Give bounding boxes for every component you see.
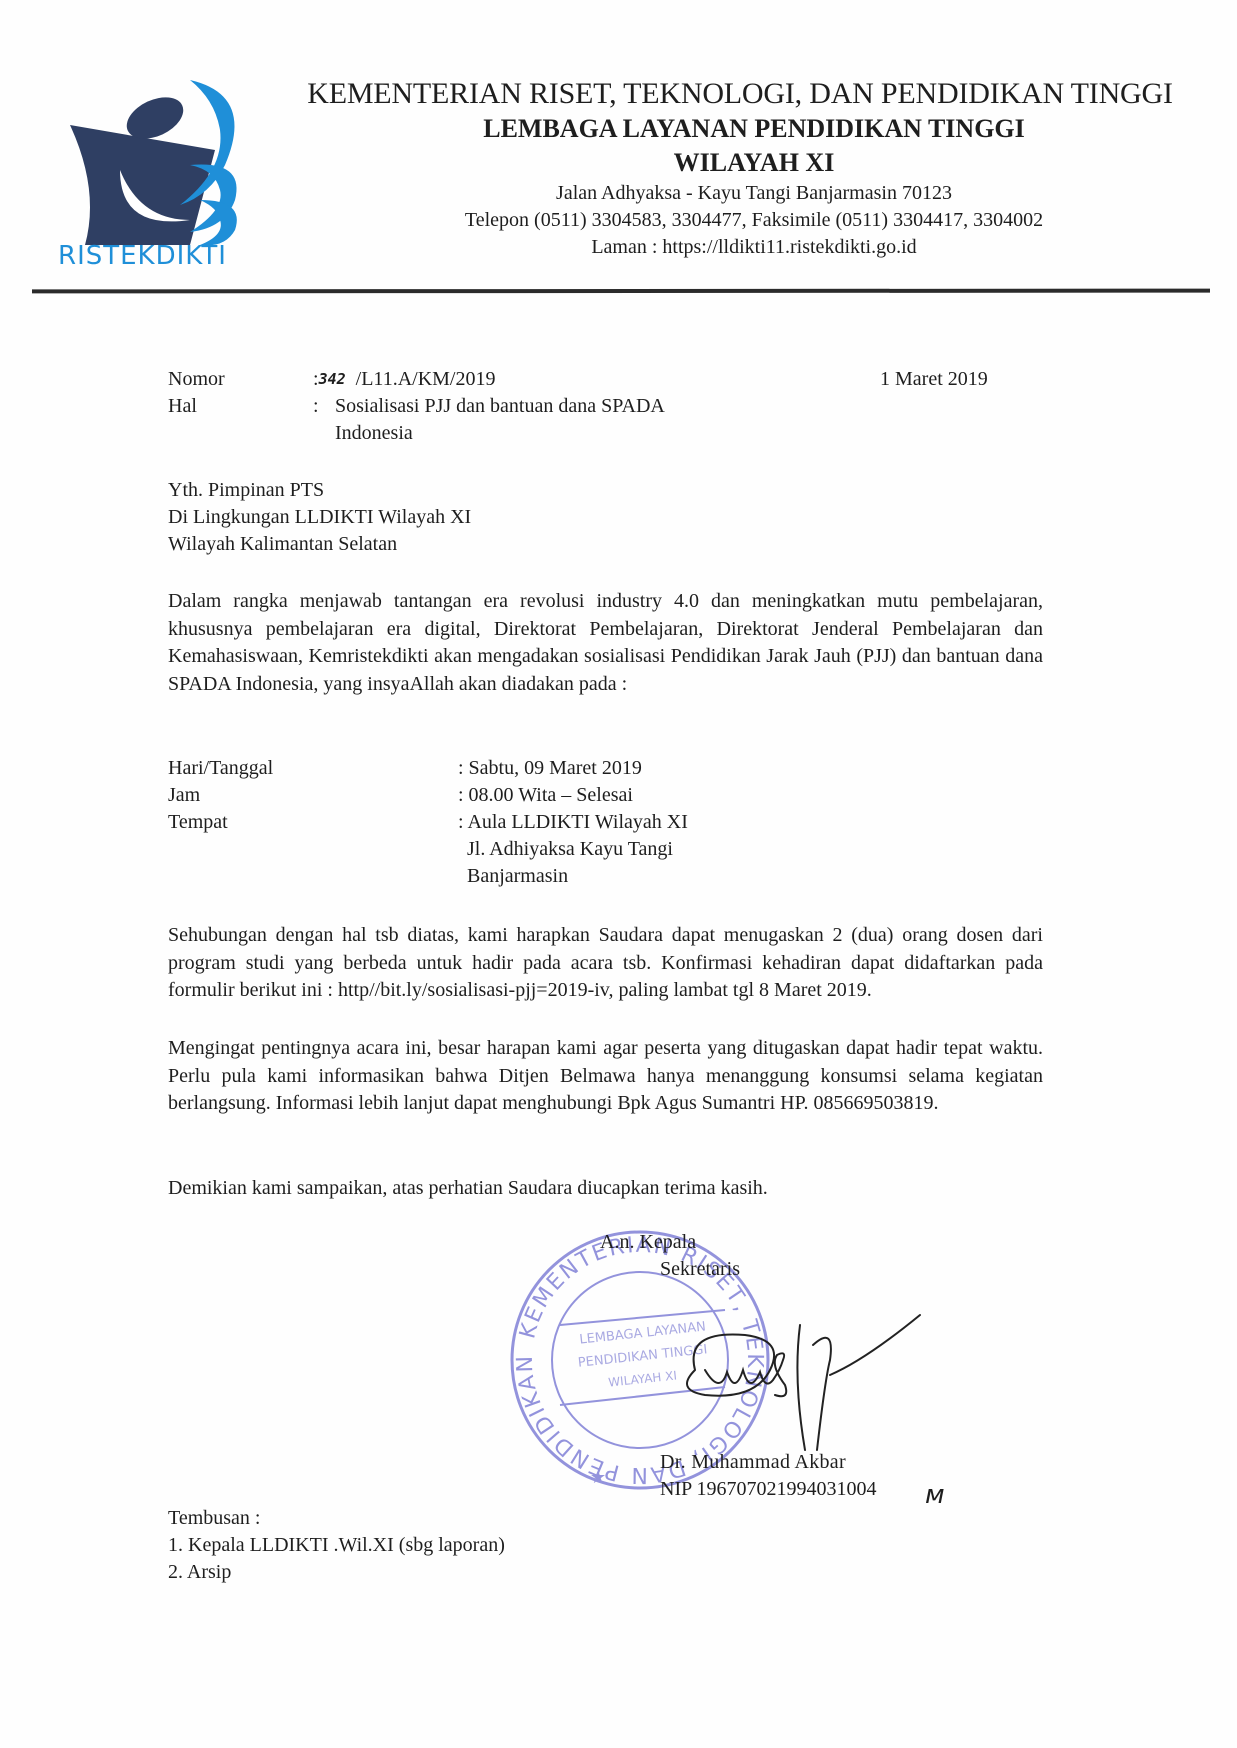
letter-number-row: Nomor : 342 /L11.A/KM/2019 xyxy=(168,366,665,393)
venue-address-line: Jl. Adhiyaksa Kayu Tangi xyxy=(458,836,673,863)
on-behalf-label: A.n. Kepala xyxy=(600,1229,740,1256)
svg-text:★: ★ xyxy=(590,1467,606,1487)
number-suffix: /L11.A/KM/2019 xyxy=(356,366,496,393)
schedule-value: : 08.00 Wita – Selesai xyxy=(458,782,633,809)
schedule-value: : Sabtu, 09 Maret 2019 xyxy=(458,755,642,782)
agency-region: WILAYAH XI xyxy=(313,146,1195,180)
letter-page: RISTEKDIKTI KEMENTERIAN RISET, TEKNOLOGI… xyxy=(0,0,1237,1748)
body-paragraph-3: Mengingat pentingnya acara ini, besar ha… xyxy=(168,1035,1043,1118)
venue-city-line: Banjarmasin xyxy=(458,863,568,890)
subject-line-2: Indonesia xyxy=(335,420,413,447)
subject-row-2: Indonesia xyxy=(168,420,665,447)
schedule-label: Tempat xyxy=(168,809,458,836)
carbon-copy-item: 1. Kepala LLDIKTI .Wil.XI (sbg laporan) xyxy=(168,1532,505,1559)
signer-position: Sekretaris xyxy=(600,1256,740,1283)
agency-address: Jalan Adhyaksa - Kayu Tangi Banjarmasin … xyxy=(313,180,1195,207)
initial-mark: м xyxy=(925,1480,945,1510)
recipient-line: Yth. Pimpinan PTS xyxy=(168,477,471,504)
ministry-name: KEMENTERIAN RISET, TEKNOLOGI, DAN PENDID… xyxy=(285,76,1195,112)
schedule-row: Jam : 08.00 Wita – Selesai xyxy=(168,782,688,809)
carbon-copy-block: Tembusan : 1. Kepala LLDIKTI .Wil.XI (sb… xyxy=(168,1505,505,1586)
schedule-label: Jam xyxy=(168,782,458,809)
subject-colon: : xyxy=(313,393,335,420)
subject-label: Hal xyxy=(168,393,313,420)
agency-website: Laman : https://lldikti11.ristekdikti.go… xyxy=(313,234,1195,261)
event-schedule: Hari/Tanggal : Sabtu, 09 Maret 2019 Jam … xyxy=(168,755,688,890)
signer-name: Dr. Muhammad Akbar xyxy=(660,1449,876,1476)
schedule-row: Tempat : Aula LLDIKTI Wilayah XI xyxy=(168,809,688,836)
schedule-label: Hari/Tanggal xyxy=(168,755,458,782)
letterhead: KEMENTERIAN RISET, TEKNOLOGI, DAN PENDID… xyxy=(285,76,1195,261)
carbon-copy-item: 2. Arsip xyxy=(168,1559,505,1586)
schedule-row: Hari/Tanggal : Sabtu, 09 Maret 2019 xyxy=(168,755,688,782)
ristekdikti-logo-icon xyxy=(40,70,270,270)
agency-phone: Telepon (0511) 3304583, 3304477, Faksimi… xyxy=(313,207,1195,234)
subject-row: Hal : Sosialisasi PJJ dan bantuan dana S… xyxy=(168,393,665,420)
number-label: Nomor xyxy=(168,366,313,393)
letter-date: 1 Maret 2019 xyxy=(880,366,988,393)
agency-name: LEMBAGA LAYANAN PENDIDIKAN TINGGI xyxy=(313,112,1195,146)
handwritten-number: 342 xyxy=(319,366,346,393)
logo-wordmark: RISTEKDIKTI xyxy=(58,241,227,271)
body-paragraph-2: Sehubungan dengan hal tsb diatas, kami h… xyxy=(168,922,1043,1005)
recipient-block: Yth. Pimpinan PTS Di Lingkungan LLDIKTI … xyxy=(168,477,471,558)
body-paragraph-1: Dalam rangka menjawab tantangan era revo… xyxy=(168,588,1043,698)
schedule-value: : Aula LLDIKTI Wilayah XI xyxy=(458,809,688,836)
carbon-copy-title: Tembusan : xyxy=(168,1505,505,1532)
recipient-line: Wilayah Kalimantan Selatan xyxy=(168,531,471,558)
closing-paragraph: Demikian kami sampaikan, atas perhatian … xyxy=(168,1175,1043,1203)
signature-block: A.n. Kepala Sekretaris xyxy=(600,1229,740,1283)
letter-meta: Nomor : 342 /L11.A/KM/2019 Hal : Sosiali… xyxy=(168,366,665,447)
signer-nip: NIP 196707021994031004 xyxy=(660,1476,876,1503)
subject-line-1: Sosialisasi PJJ dan bantuan dana SPADA xyxy=(335,393,665,420)
recipient-line: Di Lingkungan LLDIKTI Wilayah XI xyxy=(168,504,471,531)
letterhead-divider xyxy=(32,289,1210,294)
signer-details: Dr. Muhammad Akbar NIP 19670702199403100… xyxy=(660,1449,876,1503)
handwritten-signature-icon xyxy=(665,1300,925,1460)
